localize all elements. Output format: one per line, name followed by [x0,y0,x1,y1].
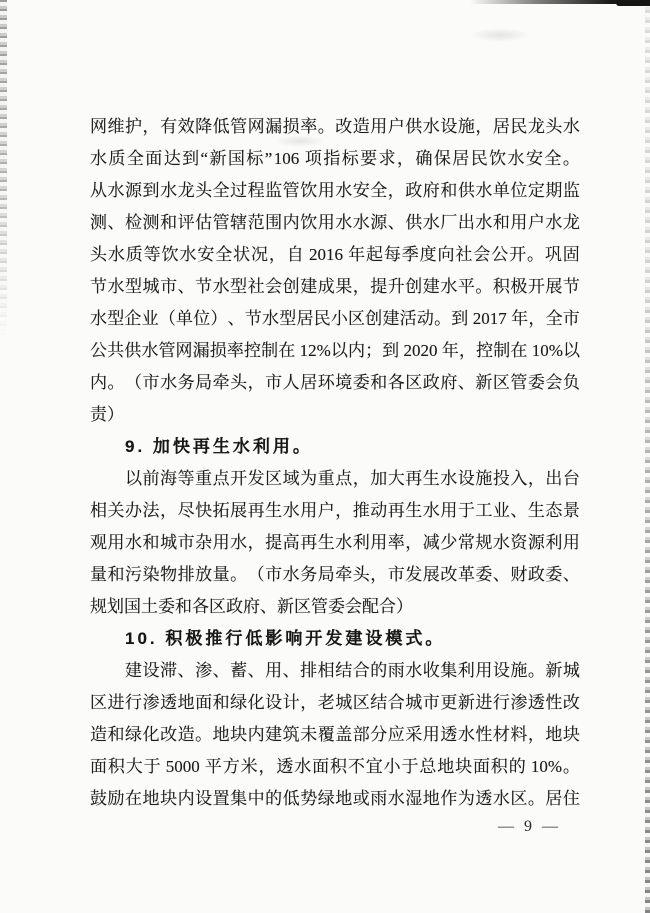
text-line: 测、检测和评估管辖范围内饮用水水源、供水厂出水和用户水龙 [90,207,580,239]
text-line: 公共供水管网漏损率控制在 12%以内；到 2020 年，控制在 10%以 [90,335,580,367]
text-line: 头水质等饮水安全状况，自 2016 年起每季度向社会公开。巩固 [90,239,580,271]
text-line: 水型企业（单位）、节水型居民小区创建活动。到 2017 年，全市 [90,303,580,335]
document-page: 网维护，有效降低管网漏损率。改造用户供水设施，居民龙头水 水质全面达到“新国标”… [0,0,650,913]
text-line: 内。（市水务局牵头，市人居环境委和各区政府、新区管委会负 [90,367,580,399]
text-line: 从水源到水龙头全过程监管饮用水安全，政府和供水单位定期监 [90,175,580,207]
document-text-block: 网维护，有效降低管网漏损率。改造用户供水设施，居民龙头水 水质全面达到“新国标”… [90,111,580,815]
text-line: 量和污染物排放量。（市水务局牵头，市发展改革委、财政委、 [90,559,580,591]
section-heading-10: 10. 积极推行低影响开发建设模式。 [90,623,580,655]
text-line: 区进行渗透地面和绿化设计，老城区结合城市更新进行渗透性改 [90,687,580,719]
scan-artifact-corner [616,0,650,6]
section-heading-9: 9. 加快再生水利用。 [90,431,580,463]
scan-smudge [470,28,530,42]
text-line: 责） [90,399,580,431]
text-line: 鼓励在地块内设置集中的低势绿地或雨水湿地作为透水区。居住 [90,783,580,815]
text-line: 网维护，有效降低管网漏损率。改造用户供水设施，居民龙头水 [90,111,580,143]
scan-artifact-right-edge [645,0,650,913]
text-line: 相关办法，尽快拓展再生水用户，推动再生水用于工业、生态景 [90,495,580,527]
text-line: 以前海等重点开发区域为重点，加大再生水设施投入，出台 [90,463,580,495]
text-line: 面积大于 5000 平方米，透水面积不宜小于总地块面积的 10%。 [90,751,580,783]
scan-artifact-left-edge [0,0,7,340]
page-number: — 9 — [498,818,561,836]
text-line: 节水型城市、节水型社会创建成果，提升创建水平。积极开展节 [90,271,580,303]
text-line: 造和绿化改造。地块内建筑未覆盖部分应采用透水性材料，地块 [90,719,580,751]
text-line: 水质全面达到“新国标”106 项指标要求，确保居民饮水安全。 [90,143,580,175]
text-line: 规划国土委和各区政府、新区管委会配合） [90,591,580,623]
text-line: 建设滞、渗、蓄、用、排相结合的雨水收集利用设施。新城 [90,655,580,687]
text-line: 观用水和城市杂用水，提高再生水利用率，减少常规水资源利用 [90,527,580,559]
